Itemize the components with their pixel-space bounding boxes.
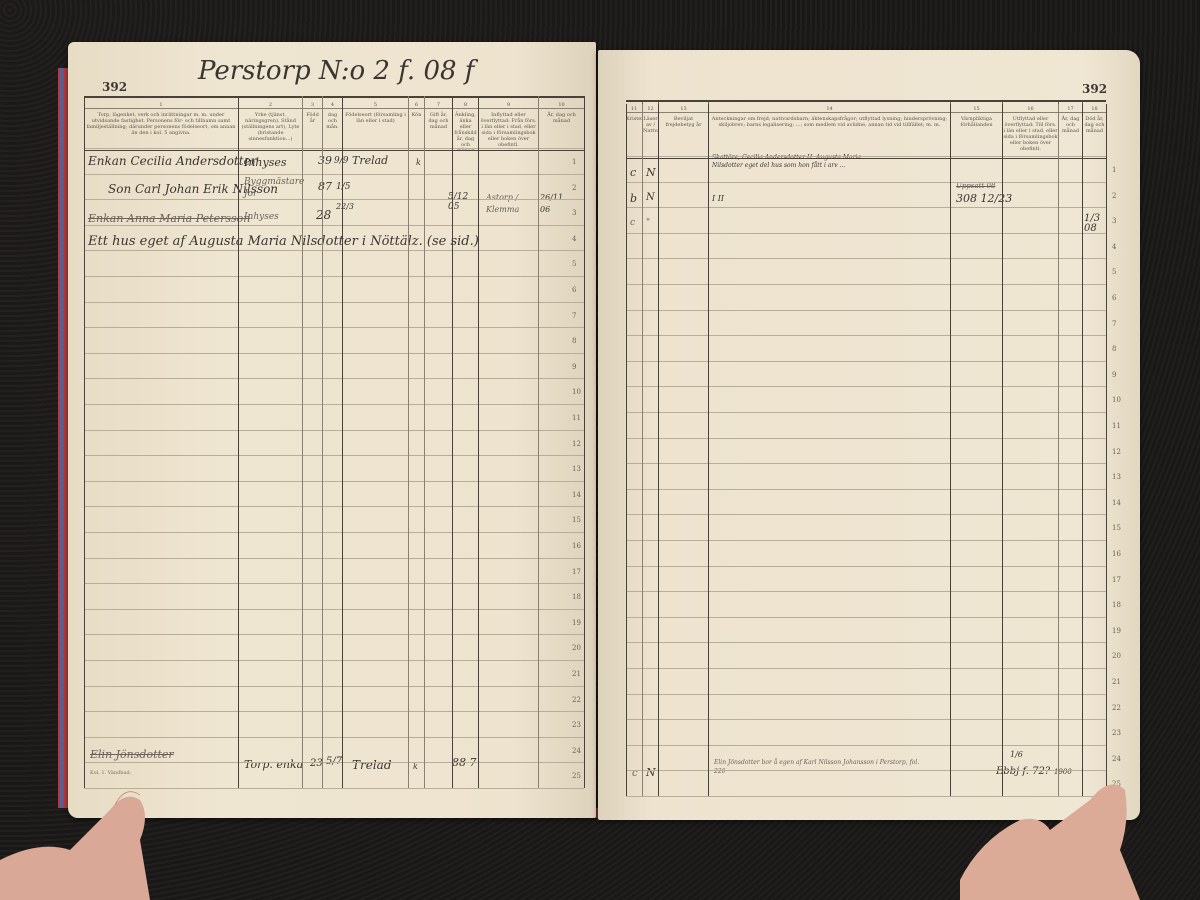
row-number: 17 [572,568,581,576]
row-rule [84,660,584,661]
row3-name: Enkan Anna Maria Petersson [88,212,250,225]
row-rule [84,609,584,610]
col-header-5: 5Födelseort (församling i län eller i st… [342,98,408,150]
col-header-1: 1Torp, lägenhet, verk och inrättningar m… [84,98,238,150]
row-rule [626,566,1106,567]
row-rule [626,514,1106,515]
row-number: 11 [1112,422,1121,430]
row-number: 1 [1112,166,1116,174]
col-header-7: 7Gift år, dag och månad [424,98,452,150]
row-rule [84,276,584,277]
row-number: 9 [1112,371,1116,379]
r-row2-c12: N [646,192,655,203]
col-header-15: 15Värnpliktiga förhållanden [950,102,1002,158]
column-rule [1002,104,1003,796]
col-header-2: 2Yrke (tjänst, näringsgren), Stånd (stäl… [238,98,302,150]
row-rule [626,284,1106,285]
column-rule [302,96,303,788]
row-number: 15 [572,516,581,524]
row2-born-year: 87 [318,180,332,193]
row-number: 25 [572,772,581,780]
row-number: 12 [572,440,581,448]
column-rule [452,96,453,788]
row1-name: Enkan Cecilia Andersdotter [88,154,256,168]
row-number: 18 [1112,601,1121,609]
row-rule [626,386,1106,387]
row-number: 6 [1112,294,1116,302]
row-rule [84,686,584,687]
row-rule [84,148,584,149]
row-rule [626,540,1106,541]
row-rule [626,310,1106,311]
col-header-11: 11Kristendomskunskap [626,102,642,158]
col-header-13: 13Beviljat frejdebetyg år [658,102,708,158]
r-row25-c14: Elin Jönsdotter bor å egen af Karl Nilss… [714,758,924,776]
row-number: 24 [1112,755,1121,763]
row-number: 10 [1112,396,1121,404]
row-rule [626,489,1106,490]
row-number: 19 [1112,627,1121,635]
row-rule [84,532,584,533]
row-rule [84,506,584,507]
col-header-14: 14Anteckningar om frejd; nattvardsbarn; … [708,102,950,158]
row-number: 23 [572,721,581,729]
column-rule [424,96,425,788]
row-rule [626,463,1106,464]
r-row2-c15: 308 12/23 [956,192,1012,205]
column-rule [478,96,479,788]
row2-moved-date: 26/11 06 [540,192,564,216]
r-row3-c18: 1/3 08 [1084,214,1108,234]
row-number: 13 [572,465,581,473]
row-rule [626,719,1106,720]
column-rule [658,104,659,796]
row-number: 22 [1112,704,1121,712]
row-rule [626,694,1106,695]
column-rule [238,96,239,788]
row-rule [626,591,1106,592]
row-rule [84,481,584,482]
r-row2-c11: b [630,192,637,205]
right-hand-image [960,770,1200,900]
row1-sex: k [416,158,421,167]
row-number: 19 [572,619,581,627]
left-page: 392 Perstorp N:o 2 f. 08 f 1Torp, lägenh… [68,42,596,818]
row-rule [84,737,584,738]
row-rule [84,762,584,763]
row-number: 13 [1112,473,1121,481]
row-number: 17 [1112,576,1121,584]
column-rule [626,104,627,796]
row-rule [84,250,584,251]
col-header-9: 9Inflyttad eller överflyttad: Från förs.… [478,98,538,150]
row-rule [626,335,1106,336]
row3-born-year: 28 [316,208,331,222]
r-row3-c12: " [646,218,650,228]
page-number: 392 [1082,82,1107,96]
col-header-6: 6Kön [408,98,424,150]
column-rule [342,96,343,788]
r-row25-c12: N [646,766,656,779]
column-rule [708,104,709,796]
left-hand-image [0,770,200,900]
row25-name: Elin Jönsdotter [90,748,174,761]
row-number: 15 [1112,524,1121,532]
column-rule [1058,104,1059,796]
row-number: 5 [1112,268,1116,276]
row-number: 3 [1112,217,1116,225]
col-header-3: 3Född år [302,98,322,150]
col-header-12: 12Läser av / Nattvardsgång [642,102,658,158]
row-rule [626,207,1106,208]
column-rule [538,96,539,788]
row-number: 23 [1112,729,1121,737]
row-number: 4 [572,235,576,243]
row-rule [84,558,584,559]
row-number: 24 [572,747,581,755]
row-number: 7 [572,312,576,320]
row-rule [626,258,1106,259]
row-number: 12 [1112,448,1121,456]
row2-occupation: Byggmästare Jor [244,176,308,200]
row25-occupation: Torp. enka [244,758,303,771]
col-header-18: 18Död år, dag och månad [1082,102,1106,158]
row-rule [84,404,584,405]
page-number: 392 [102,80,127,94]
row-rule [626,412,1106,413]
column-rule [950,104,951,796]
row-number: 14 [1112,499,1121,507]
row-number: 8 [572,337,576,345]
row25-birthplace: Trelad [352,758,392,772]
row-rule [84,174,584,175]
row-rule [84,378,584,379]
row-rule [84,353,584,354]
handwritten-title: Perstorp N:o 2 f. 08 f [198,56,474,86]
row3-occupation: Inhyses [244,212,279,222]
column-rule [408,96,409,788]
r-row25-c16-note: 1/6 [1010,750,1023,759]
col-header-8: 8Änkling, änka eller frånskild år, dag o… [452,98,478,150]
row-rule [626,668,1106,669]
row-number: 5 [572,260,576,268]
row-rule [84,455,584,456]
row-number: 16 [1112,550,1121,558]
row-number: 11 [572,414,581,422]
right-table-header: 11Kristendomskunskap 12Läser av / Nattva… [626,100,1106,159]
row-number: 14 [572,491,581,499]
row-rule [626,156,1106,157]
row3-born-day: 22/3 [336,202,354,211]
row-number: 8 [1112,345,1116,353]
r-row3-c11: c [630,218,635,228]
col-header-17: 17År, dag och månad [1058,102,1082,158]
row-rule [626,745,1106,746]
row-number: 18 [572,593,581,601]
row-rule [626,438,1106,439]
r-row2-c14: I II [712,194,724,203]
book-spine-edge [60,68,64,808]
row-rule [626,361,1106,362]
row2-moved-from: Astorp / Klemma [486,192,536,216]
row-number: 21 [1112,678,1121,686]
column-rule [1106,104,1107,796]
row-number: 20 [1112,652,1121,660]
row-number: 6 [572,286,576,294]
row-rule [84,430,584,431]
row-rule [626,617,1106,618]
row-number: 2 [572,184,576,192]
row-number: 22 [572,696,581,704]
row-rule [84,711,584,712]
col-header-4: 4dag och mån. [322,98,342,150]
row-number: 7 [1112,320,1116,328]
row1-born-year: 39 [318,154,332,167]
right-page: 392 11Kristendomskunskap 12Läser av / Na… [598,50,1140,820]
row-number: 2 [1112,192,1116,200]
row4-note: Ett hus eget af Augusta Maria Nilsdotter… [88,234,479,249]
row-rule [626,642,1106,643]
column-rule [584,96,585,788]
column-rule [642,104,643,796]
column-rule [1082,104,1083,796]
row-number: 9 [572,363,576,371]
row-rule [84,199,584,200]
col-header-10: 10År, dag och månad [538,98,584,150]
row-rule [84,327,584,328]
row-rule [84,225,584,226]
row1-birthplace: Trelad [352,154,388,167]
row1-occupation: Inhyses [244,156,287,169]
r-row2-c15-struck: Uppsatt 08 [956,182,995,190]
col-header-16: 16Utflyttad eller överflyttad: Till förs… [1002,102,1058,158]
row-number: 4 [1112,243,1116,251]
row-rule [84,583,584,584]
column-rule [84,96,85,788]
left-table-header: 1Torp, lägenhet, verk och inrättningar m… [84,96,584,151]
row-number: 10 [572,388,581,396]
r-row1-c11: c [630,166,636,179]
row-number: 20 [572,644,581,652]
row-rule [626,233,1106,234]
row-number: 1 [572,158,576,166]
column-rule [322,96,323,788]
row-number: 3 [572,209,576,217]
r-row1-c12: N [646,166,656,179]
row25-born-year: 23 [310,758,323,769]
row-number: 16 [572,542,581,550]
row-rule [84,634,584,635]
row-number: 21 [572,670,581,678]
row-rule [84,302,584,303]
row-rule [626,182,1106,183]
